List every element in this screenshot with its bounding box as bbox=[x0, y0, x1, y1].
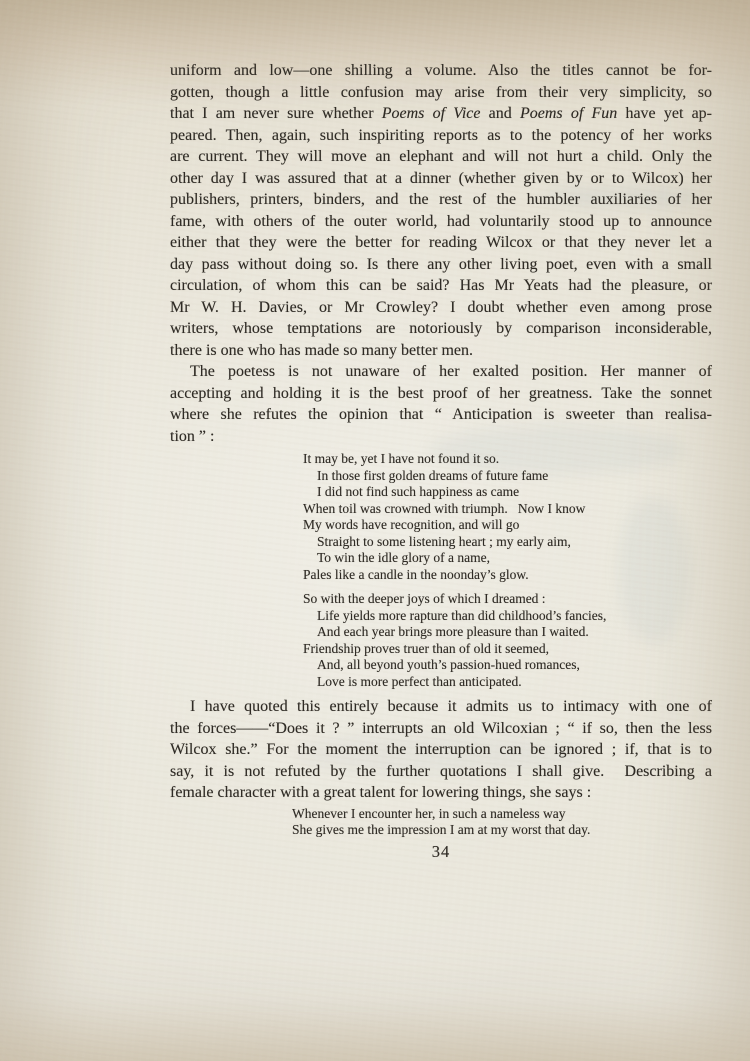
verse-line: And each year brings more pleasure than … bbox=[303, 624, 712, 641]
body-text: gotten, though a little confusion may ar… bbox=[170, 84, 712, 101]
verse-line: It may be, yet I have not found it so. bbox=[303, 451, 712, 468]
verse-line: When toil was crowned with triumph. Now … bbox=[303, 501, 712, 518]
verse-line: Straight to some listening heart ; my ea… bbox=[303, 534, 712, 551]
verse-line: Whenever I encounter her, in such a name… bbox=[292, 806, 712, 823]
body-text: The poetess is not unaware of her exalte… bbox=[190, 363, 712, 380]
page-number: 34 bbox=[170, 841, 712, 863]
text-line: other day I was assured that at a dinner… bbox=[170, 168, 712, 190]
verse-line: In those first golden dreams of future f… bbox=[303, 468, 712, 485]
body-text: accepting and holding it is the best pro… bbox=[170, 385, 712, 402]
text-line: writers, whose temptations are notorious… bbox=[170, 318, 712, 340]
text-line: that I am never sure whether Poems of Vi… bbox=[170, 103, 712, 125]
scanned-book-page: uniform and low—one shilling a volume. A… bbox=[0, 0, 750, 1061]
verse-line: She gives me the impression I am at my w… bbox=[292, 822, 712, 839]
verse-line: Pales like a candle in the noonday’s glo… bbox=[303, 567, 712, 584]
text-line: circulation, of whom this can be said? H… bbox=[170, 275, 712, 297]
body-text: female character with a great talent for… bbox=[170, 784, 591, 801]
body-text: publishers, printers, binders, and the r… bbox=[170, 191, 712, 208]
text-line: there is one who has made so many better… bbox=[170, 340, 712, 362]
text-line: where she refutes the opinion that “ Ant… bbox=[170, 404, 712, 426]
text-line: accepting and holding it is the best pro… bbox=[170, 383, 712, 405]
body-text: are current. They will move an elephant … bbox=[170, 148, 712, 165]
paragraph-opening: uniform and low—one shilling a volume. A… bbox=[170, 60, 712, 361]
paragraph-poetess: The poetess is not unaware of her exalte… bbox=[170, 361, 712, 447]
text-line: fame, with others of the outer world, ha… bbox=[170, 211, 712, 233]
body-text: Wilcox she.” For the moment the interrup… bbox=[170, 741, 712, 758]
text-block: uniform and low—one shilling a volume. A… bbox=[170, 60, 712, 862]
verse-line: My words have recognition, and will go bbox=[303, 517, 712, 534]
body-text: and bbox=[480, 105, 520, 122]
sonnet-stanza-2: So with the deeper joys of which I dream… bbox=[303, 591, 712, 690]
verse-line: So with the deeper joys of which I dream… bbox=[303, 591, 712, 608]
body-text: the forces——“Does it ? ” interrupts an o… bbox=[170, 720, 712, 737]
body-text: say, it is not refuted by the further qu… bbox=[170, 763, 712, 780]
italic-title-text: Poems of Fun bbox=[520, 105, 617, 122]
text-line: either that they were the better for rea… bbox=[170, 232, 712, 254]
text-line: publishers, printers, binders, and the r… bbox=[170, 189, 712, 211]
body-text: where she refutes the opinion that “ Ant… bbox=[170, 406, 712, 423]
body-text: fame, with others of the outer world, ha… bbox=[170, 213, 712, 230]
verse-line: And, all beyond youth’s passion-hued rom… bbox=[303, 657, 712, 674]
italic-title-text: Poems of Vice bbox=[382, 105, 481, 122]
body-text: uniform and low—one shilling a volume. A… bbox=[170, 62, 712, 79]
verse-line: I did not find such happiness as came bbox=[303, 484, 712, 501]
verse-line: Friendship proves truer than of old it s… bbox=[303, 641, 712, 658]
text-line: Wilcox she.” For the moment the interrup… bbox=[170, 739, 712, 761]
body-text: writers, whose temptations are notorious… bbox=[170, 320, 712, 337]
text-line: gotten, though a little confusion may ar… bbox=[170, 82, 712, 104]
verse-line: Love is more perfect than anticipated. bbox=[303, 674, 712, 691]
body-text: Mr W. H. Davies, or Mr Crowley? I doubt … bbox=[170, 299, 712, 316]
text-line: say, it is not refuted by the further qu… bbox=[170, 761, 712, 783]
paragraph-quoted: I have quoted this entirely because it a… bbox=[170, 696, 712, 804]
text-line: uniform and low—one shilling a volume. A… bbox=[170, 60, 712, 82]
text-line: Mr W. H. Davies, or Mr Crowley? I doubt … bbox=[170, 297, 712, 319]
text-line: female character with a great talent for… bbox=[170, 782, 712, 804]
body-text: there is one who has made so many better… bbox=[170, 342, 473, 359]
couplet-quotation: Whenever I encounter her, in such a name… bbox=[292, 806, 712, 839]
body-text: I have quoted this entirely because it a… bbox=[190, 698, 712, 715]
text-line: day pass without doing so. Is there any … bbox=[170, 254, 712, 276]
body-text: either that they were the better for rea… bbox=[170, 234, 712, 251]
text-line: peared. Then, again, such inspiriting re… bbox=[170, 125, 712, 147]
body-text: circulation, of whom this can be said? H… bbox=[170, 277, 712, 294]
body-text: other day I was assured that at a dinner… bbox=[170, 170, 712, 187]
body-text: tion ” : bbox=[170, 428, 214, 445]
text-line: tion ” : bbox=[170, 426, 712, 448]
verse-line: To win the idle glory of a name, bbox=[303, 550, 712, 567]
text-line: I have quoted this entirely because it a… bbox=[170, 696, 712, 718]
sonnet-stanza-1: It may be, yet I have not found it so.In… bbox=[303, 451, 712, 583]
body-text: have yet ap- bbox=[617, 105, 712, 122]
body-text: peared. Then, again, such inspiriting re… bbox=[170, 127, 712, 144]
verse-line: Life yields more rapture than did childh… bbox=[303, 608, 712, 625]
text-line: the forces——“Does it ? ” interrupts an o… bbox=[170, 718, 712, 740]
text-line: are current. They will move an elephant … bbox=[170, 146, 712, 168]
body-text: day pass without doing so. Is there any … bbox=[170, 256, 712, 273]
body-text: that I am never sure whether bbox=[170, 105, 382, 122]
text-line: The poetess is not unaware of her exalte… bbox=[170, 361, 712, 383]
